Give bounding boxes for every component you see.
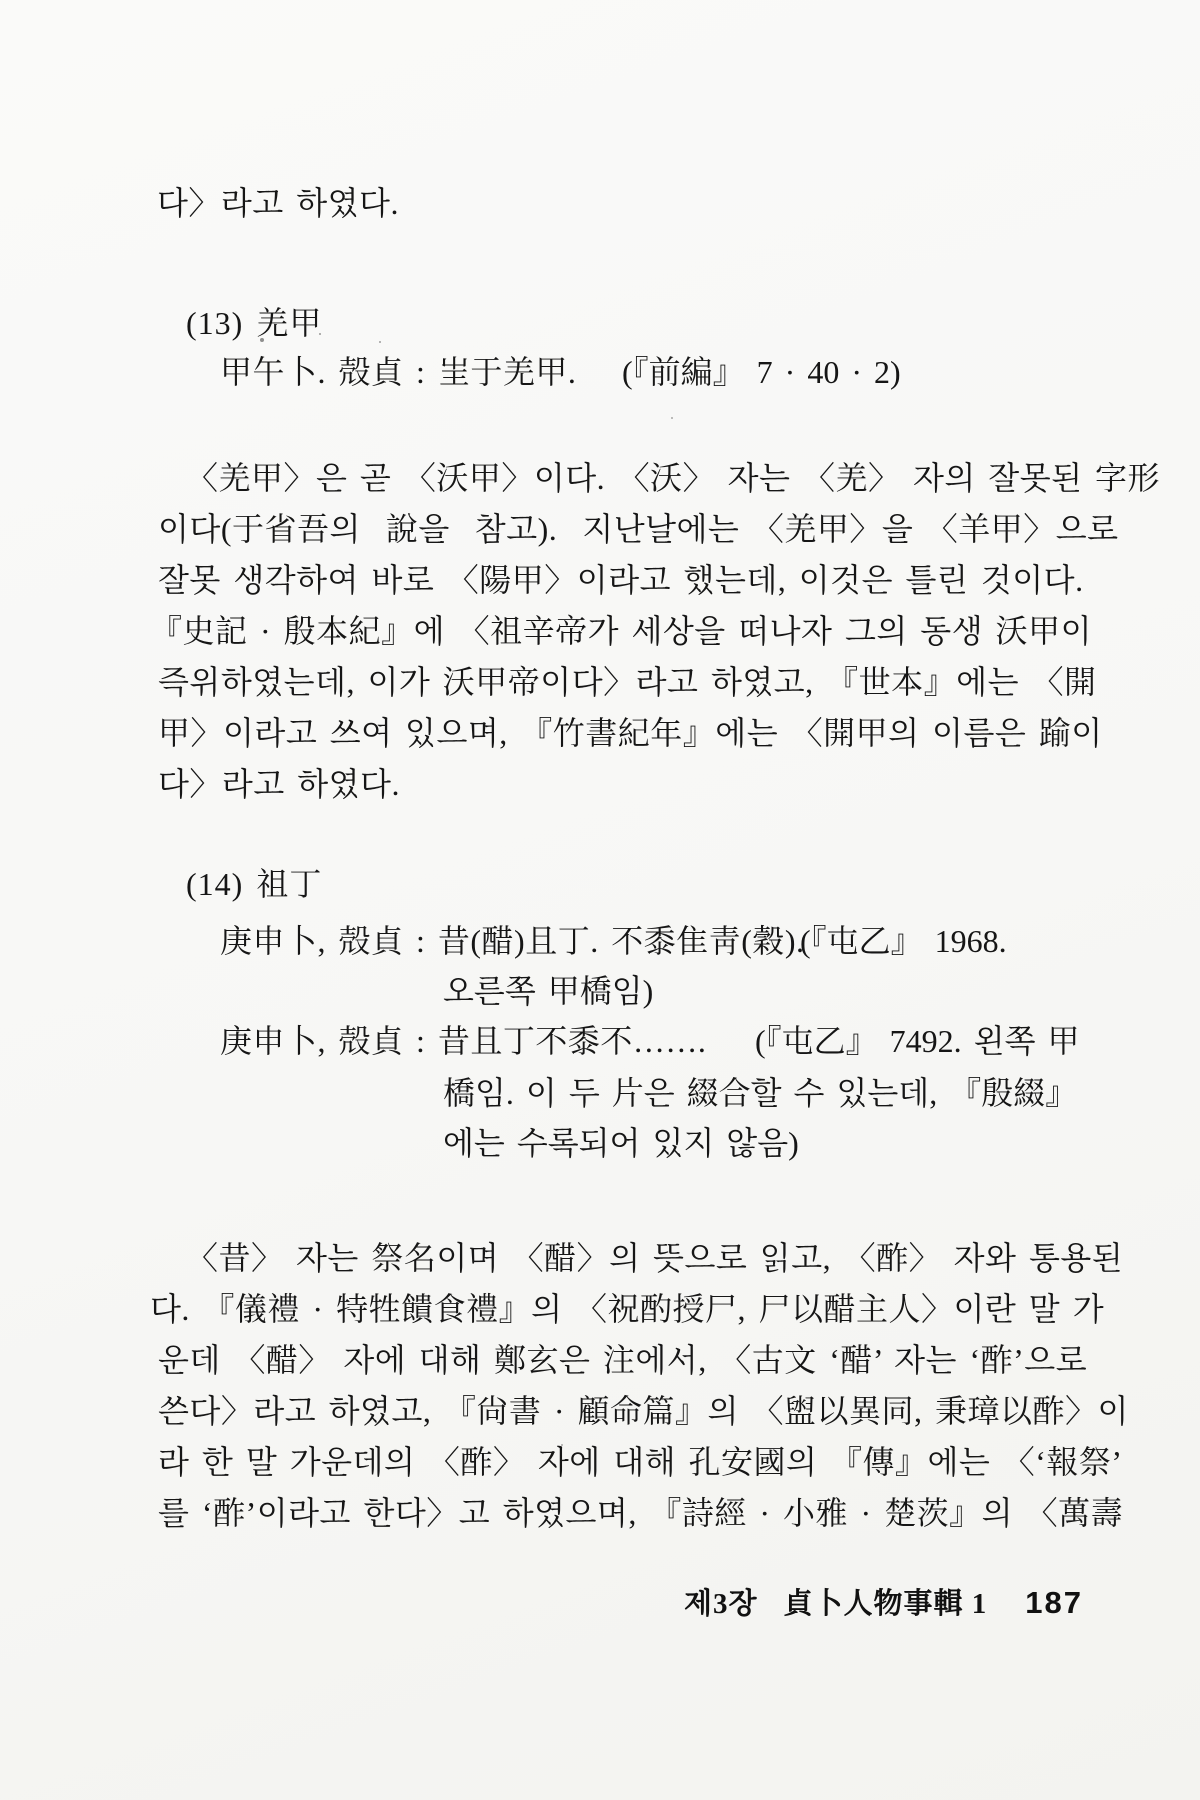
page-number: 187 (1025, 1585, 1083, 1621)
section-13-heading: (13) 羌甲 (186, 303, 322, 343)
continuation-line: 다〉라고 하였다. (157, 183, 399, 223)
book-page: 다〉라고 하였다. (13) 羌甲 甲午卜. 殻貞 : 㞷于羌甲. (『前編』 … (0, 0, 1200, 1800)
section-14-heading: (14) 祖丁 (186, 864, 322, 904)
citation-14b: (『屯乙』 7492. 왼쪽 甲 (755, 1021, 1079, 1061)
page-footer: 제3장 貞卜人物事輯 1 187 (684, 1581, 1083, 1622)
paragraph-line: 즉위하였는데, 이가 沃甲帝이다〉라고 하였고, 『世本』에는 〈開 (158, 662, 1097, 702)
paragraph-line: 를 ‘酢’이라고 한다〉고 하였으며, 『詩經 · 小雅 · 楚茨』의 〈萬壽 (158, 1493, 1123, 1533)
paragraph-line: 甲〉이라고 쓰여 있으며, 『竹書紀年』에는 〈開甲의 이름은 踰이 (158, 713, 1103, 753)
paragraph-line: 라 한 말 가운데의 〈酢〉 자에 대해 孔安國의 『傳』에는 〈‘報祭’ (158, 1442, 1123, 1482)
oracle-inscription-14a: 庚申卜, 殻貞 : 昔(醋)且丁. 不黍隹靑(穀). (220, 921, 805, 961)
paragraph-line: 잘못 생각하여 바로 〈陽甲〉이라고 했는데, 이것은 틀린 것이다. (158, 560, 1084, 600)
paragraph-line: 다〉라고 하였다. (158, 764, 400, 804)
paragraph-line: 쓴다〉라고 하였고, 『尙書 · 顧命篇』의 〈盥以異同, 秉璋以酢〉이 (158, 1391, 1129, 1431)
citation-14a: (『屯乙』 1968. (800, 921, 1007, 961)
oracle-inscription-14b: 庚申卜, 殻貞 : 昔且丁不黍不……. (220, 1021, 706, 1061)
paragraph-line: 다. 『儀禮 · 特牲饋食禮』의 〈祝酌授尸, 尸以醋主人〉이란 말 가 (150, 1289, 1104, 1329)
footer-section-title: 貞卜人物事輯 1 (784, 1581, 988, 1622)
paragraph-line: 이다(于省吾의 說을 참고). 지난날에는 〈羌甲〉을 〈羊甲〉으로 (158, 509, 1119, 549)
citation-14a-continuation: 오른쪽 甲橋임) (443, 971, 653, 1011)
citation-14b-continuation: 에는 수록되어 있지 않음) (443, 1123, 799, 1163)
citation-14b-continuation: 橋임. 이 두 片은 綴合할 수 있는데, 『殷綴』 (443, 1073, 1077, 1113)
paragraph-line: 운데 〈醋〉 자에 대해 鄭玄은 注에서, 〈古文 ‘醋’ 자는 ‘酢’으로 (158, 1340, 1087, 1380)
footer-chapter: 제3장 (684, 1581, 758, 1622)
paragraph-line: 『史記 · 殷本紀』에 〈祖辛帝가 세상을 떠나자 그의 동생 沃甲이 (150, 611, 1092, 651)
paragraph-line: 〈昔〉 자는 祭名이며 〈醋〉의 뜻으로 읽고, 〈酢〉 자와 통용된 (186, 1238, 1123, 1278)
citation-13: (『前編』 7 · 40 · 2) (622, 352, 901, 392)
oracle-inscription-13: 甲午卜. 殻貞 : 㞷于羌甲. (220, 352, 576, 392)
paragraph-line: 〈羌甲〉은 곧 〈沃甲〉이다. 〈沃〉 자는 〈羌〉 자의 잘못된 字形 (186, 458, 1160, 498)
